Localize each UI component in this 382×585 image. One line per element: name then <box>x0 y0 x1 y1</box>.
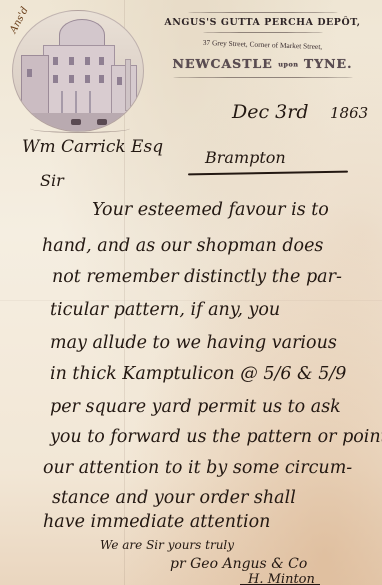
letter-date: Dec 3rd <box>232 101 309 123</box>
window <box>99 57 104 65</box>
ornament-line <box>173 77 353 78</box>
body-line: per square yard permit us to ask <box>50 397 341 417</box>
window <box>27 69 32 77</box>
ornament-line <box>203 32 323 33</box>
flourish-ornament <box>30 124 130 133</box>
window <box>117 77 122 85</box>
column <box>89 91 91 113</box>
building-right-wing <box>111 65 137 117</box>
place-underline <box>188 171 348 176</box>
signature-company: pr Geo Angus & Co <box>170 556 307 572</box>
city-upon: upon <box>278 61 298 69</box>
body-line: hand, and as our shopman does <box>42 236 323 256</box>
body-line: ticular pattern, if any, you <box>50 300 280 320</box>
body-line: you to forward us the pattern or point <box>50 427 382 447</box>
addressee-name: Wm Carrick Esq <box>22 137 163 157</box>
closing: We are Sir yours truly <box>100 538 234 552</box>
body-line: Your esteemed favour is to <box>92 200 329 220</box>
window <box>69 75 74 83</box>
body-line: have immediate attention <box>43 512 270 532</box>
letter-year: 1863 <box>330 104 368 122</box>
body-line: stance and your order shall <box>52 488 296 508</box>
city-left: NEWCASTLE <box>173 56 273 71</box>
body-line: our attention to it by some circum- <box>43 458 352 478</box>
column <box>61 91 63 113</box>
ornament-line <box>188 12 338 13</box>
letterhead: ANGUS'S GUTTA PERCHA DEPÔT, 37 Grey Stre… <box>150 12 375 78</box>
building-engraving <box>12 10 144 132</box>
salutation: Sir <box>40 171 64 190</box>
window <box>99 75 104 83</box>
building-left-wing <box>21 55 49 117</box>
company-address: 37 Grey Street, Corner of Market Street, <box>150 36 375 53</box>
monument-column <box>125 59 131 111</box>
body-line: may allude to we having various <box>50 333 337 353</box>
addressee-place: Brampton <box>205 148 286 167</box>
column <box>75 91 77 113</box>
body-line: in thick Kamptulicon @ 5/6 & 5/9 <box>50 364 346 384</box>
city-right: TYNE. <box>304 56 353 71</box>
body-line: not remember distinctly the par- <box>52 267 342 287</box>
window <box>53 57 58 65</box>
city-name: NEWCASTLE upon TYNE. <box>150 56 375 71</box>
window <box>85 75 90 83</box>
window <box>69 57 74 65</box>
company-name: ANGUS'S GUTTA PERCHA DEPÔT, <box>150 17 375 28</box>
window <box>85 57 90 65</box>
window <box>53 75 58 83</box>
letter-page: Ans'd ANGUS'S GUTTA PERCHA DEPÔT, 37 Gre… <box>0 0 382 585</box>
